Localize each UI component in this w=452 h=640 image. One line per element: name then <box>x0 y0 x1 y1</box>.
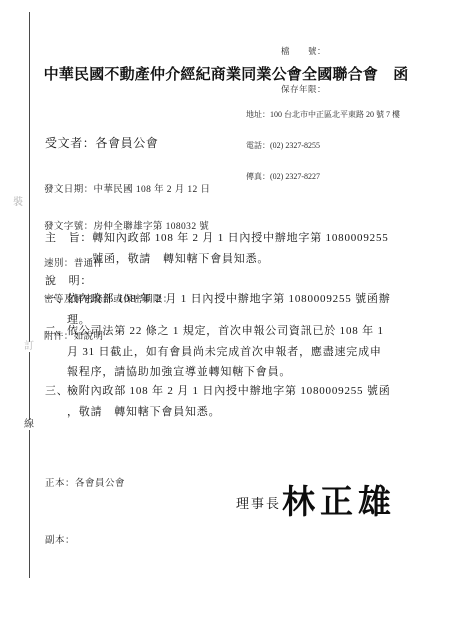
item-content: 依公司法第 22 條之 1 規定，首次申報公司資訊已於 108 年 1 月 31… <box>67 321 417 383</box>
explanation-heading: 說 明： <box>45 272 92 288</box>
margin-mark-binding: 裝 <box>13 198 23 208</box>
binding-line <box>29 12 30 578</box>
signer-title: 理事長 <box>236 493 281 512</box>
item-line: 依公司法第 22 條之 1 規定，首次申報公司資訊已於 108 年 1 <box>67 321 417 342</box>
item-line: 月 31 日截止，如有會員尚未完成首次申報者，應盡速完成申 <box>67 342 417 363</box>
margin-mark-line: 線 <box>24 420 34 430</box>
item-line: 報程序，請協助加強宣導並轉知轄下會員。 <box>67 362 417 383</box>
org-fax: 傳真：(02) 2327-8227 <box>246 172 400 182</box>
issue-date-line: 發文日期：中華民國 108 年 2 月 12 日 <box>44 184 210 196</box>
org-address: 地址：100 台北市中正區北平東路 20 號 7 樓 <box>246 110 400 120</box>
subject-block: 主 旨： 轉知內政部 108 年 2 月 1 日內授中辦地字第 10800092… <box>45 228 415 269</box>
margin-mark-stapling: 訂 <box>24 342 34 352</box>
file-number-label: 檔 號： <box>281 45 326 58</box>
item-line: 依內政部 108 年 2 月 1 日內授中辦地字第 1080009255 號函辦 <box>67 289 417 310</box>
subject-label: 主 旨： <box>45 228 92 249</box>
item-number: 二、 <box>45 321 67 342</box>
signer-name: 林正雄 <box>282 476 396 523</box>
explanation-item-3: 三、 檢附內政部 108 年 2 月 1 日內授中辦地字第 1080009255… <box>45 381 417 422</box>
item-number: 一、 <box>45 289 67 310</box>
copies-block: 正本：各會員公會 副本： <box>45 437 125 589</box>
item-content: 檢附內政部 108 年 2 月 1 日內授中辦地字第 1080009255 號函… <box>67 381 417 422</box>
recipient-line: 受文者：各會員公會 <box>45 134 158 151</box>
item-number: 三、 <box>45 381 67 402</box>
original-copy-line: 正本：各會員公會 <box>45 475 125 494</box>
subject-line: 轉知內政部 108 年 2 月 1 日內授中辦地字第 1080009255 <box>92 228 415 249</box>
document-title: 中華民國不動產仲介經紀商業同業公會全國聯合會 函 <box>0 63 452 84</box>
official-letter-page: 裝 訂 線 檔 號： 保存年限： 中華民國不動產仲介經紀商業同業公會全國聯合會 … <box>0 0 452 640</box>
item-line: ，敬請 轉知轄下會員知悉。 <box>67 402 417 423</box>
org-contact-block: 地址：100 台北市中正區北平東路 20 號 7 樓 電話：(02) 2327-… <box>246 89 400 203</box>
explanation-item-2: 二、 依公司法第 22 條之 1 規定，首次申報公司資訊已於 108 年 1 月… <box>45 321 417 383</box>
org-phone: 電話：(02) 2327-8255 <box>246 141 400 151</box>
item-line: 檢附內政部 108 年 2 月 1 日內授中辦地字第 1080009255 號函 <box>67 381 417 402</box>
subject-content: 轉知內政部 108 年 2 月 1 日內授中辦地字第 1080009255 號函… <box>92 228 415 269</box>
cc-copy-line: 副本： <box>45 532 125 551</box>
subject-line: 號函，敬請 轉知轄下會員知悉。 <box>92 249 415 270</box>
